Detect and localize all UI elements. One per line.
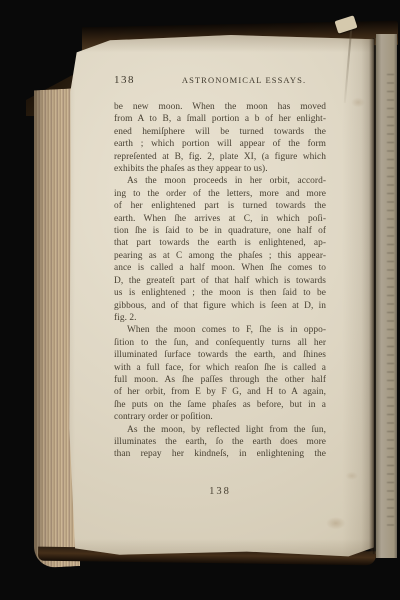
text-line: D, the greateſt part of that half which … xyxy=(114,275,326,287)
text-line: ened hemiſphere will be turned towards t… xyxy=(114,126,326,138)
page-number-header: 138 xyxy=(114,74,166,87)
text-line: As the moon, by reflected light from the… xyxy=(114,424,326,436)
text-line: As the moon proceeds in her orbit, accor… xyxy=(114,175,326,187)
body-text: be new moon. When the moon has movedfrom… xyxy=(114,101,326,461)
text-line: of her orbit, from E by F G, and H to A … xyxy=(114,386,326,398)
text-line: contrary order or poſition. xyxy=(114,411,326,423)
text-line: illuminated ſurface towards the earth, a… xyxy=(114,349,326,361)
text-line: illuminates the earth, ſo the earth does… xyxy=(114,436,326,448)
text-line: than repay her kindneſs, in enlightening… xyxy=(114,448,326,460)
text-line: repreſented at B, fig. 2, plate XI, (a f… xyxy=(114,151,326,163)
text-line: that part towards the earth is enlighten… xyxy=(114,237,326,249)
running-header: 138 ASTRONOMICAL ESSAYS. xyxy=(114,74,326,87)
text-line: tion ſhe is ſaid to be in quadrature, on… xyxy=(114,225,326,237)
text-line: When the moon comes to F, ſhe is in oppo… xyxy=(114,324,326,336)
text-line: earth. When ſhe arrives at C, in which p… xyxy=(114,213,326,225)
text-line: ance is called a half moon. When ſhe com… xyxy=(114,262,326,274)
text-line: exhibits the phaſes as they appear to us… xyxy=(114,163,326,175)
book-page: 138 ASTRONOMICAL ESSAYS. be new moon. Wh… xyxy=(56,34,374,560)
page-gutter-fold xyxy=(369,38,376,554)
text-line: pearing as at C among the phaſes ; this … xyxy=(114,250,326,262)
text-line: be new moon. When the moon has moved xyxy=(114,101,326,113)
facing-page-sliver xyxy=(376,34,397,558)
page-title: ASTRONOMICAL ESSAYS. xyxy=(166,74,326,87)
book-photo: 138 ASTRONOMICAL ESSAYS. be new moon. Wh… xyxy=(0,0,400,600)
text-line: with a full face, for which reaſon ſhe i… xyxy=(114,362,326,374)
text-line: us is enlightened ; the moon is then ſai… xyxy=(114,287,326,299)
text-line: ſition to the ſun, and conſequently turn… xyxy=(114,337,326,349)
text-line: earth ; which portion will appear of the… xyxy=(114,138,326,150)
page-number-footer: 138 xyxy=(114,486,326,497)
text-line: ſhe puts on the ſame phaſes as before, b… xyxy=(114,399,326,411)
page-text-column: 138 ASTRONOMICAL ESSAYS. be new moon. Wh… xyxy=(114,74,326,497)
text-line: gibbous, and of that figure which is ſee… xyxy=(114,300,326,312)
text-line: of her enlightened part is turned toward… xyxy=(114,200,326,212)
text-line: from A to B, a ſmall portion a b of her … xyxy=(114,113,326,125)
facing-page-ghost-text xyxy=(387,74,394,528)
text-line: fig. 2. xyxy=(114,312,326,324)
text-line: full moon. As ſhe paſſes through the oth… xyxy=(114,374,326,386)
text-line: ing to the order of the letters, more an… xyxy=(114,188,326,200)
